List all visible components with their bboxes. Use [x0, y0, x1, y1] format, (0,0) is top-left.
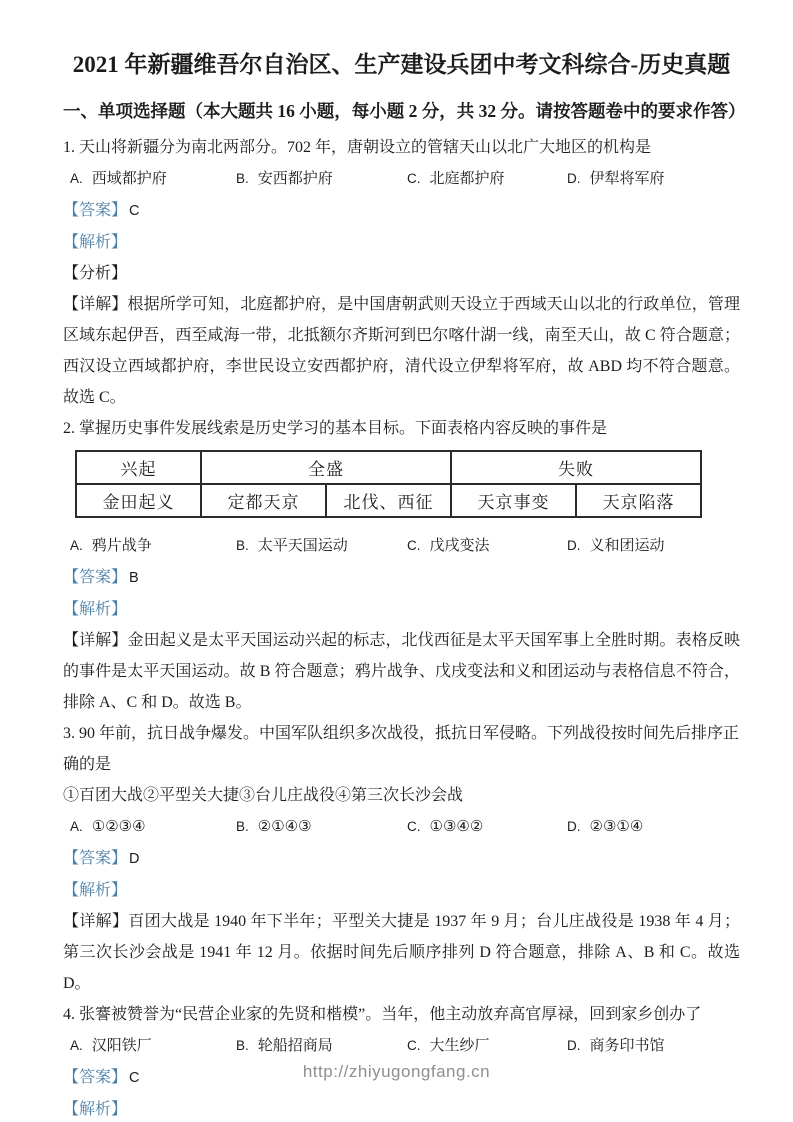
table-cell: 天京事变	[451, 484, 576, 517]
question-1-detail: 【详解】根据所学可知，北庭都护府，是中国唐朝武则天设立于西域天山以北的行政单位，…	[63, 289, 740, 413]
question-2-table: 兴起 全盛 失败 金田起义 定都天京 北伐、西征 天京事变 天京陷落	[75, 450, 702, 518]
question-3-stem-line2: ①百团大战②平型关大捷③台儿庄战役④第三次长沙会战	[63, 780, 740, 811]
option-b: B.太平天国运动	[236, 530, 407, 562]
question-4-options: A.汉阳铁厂 B.轮船招商局 C.大生纱厂 D.商务印书馆	[63, 1030, 740, 1062]
question-3-answer-line: 【答案】D	[63, 843, 740, 875]
detail-text: 金田起义是太平天国运动兴起的标志，北伐西征是太平天国军事上全胜时期。表格反映的事…	[63, 632, 740, 711]
question-4-stem: 4. 张謇被赞誉为“民营企业家的先贤和楷模”。当年，他主动放弃高官厚禄，回到家乡…	[63, 999, 740, 1030]
option-text: 太平天国运动	[258, 538, 348, 554]
option-key: D.	[567, 538, 581, 553]
table-header-cell: 兴起	[76, 451, 201, 484]
option-key: A.	[70, 171, 83, 186]
detail-text: 百团大战是 1940 年下半年；平型关大捷是 1937 年 9 月；台儿庄战役是…	[63, 913, 740, 992]
option-b: B.轮船招商局	[236, 1030, 407, 1062]
option-text: 商务印书馆	[590, 1038, 665, 1054]
option-c: C.大生纱厂	[407, 1030, 567, 1062]
fenxi-label: 【分析】	[63, 265, 127, 282]
option-text: 伊犁将军府	[590, 171, 665, 187]
exam-document: 2021 年新疆维吾尔自治区、生产建设兵团中考文科综合-历史真题 一、单项选择题…	[0, 0, 793, 1122]
table-cell: 天京陷落	[576, 484, 701, 517]
option-key: A.	[70, 538, 83, 553]
option-key: C.	[407, 171, 421, 186]
option-b: B.安西都护府	[236, 163, 407, 195]
option-key: A.	[70, 1038, 83, 1053]
xiangjie-label: 【详解】	[63, 296, 128, 313]
jiexi-label: 【解析】	[63, 882, 127, 899]
footer-url-link[interactable]: http://zhiyugongfang.cn	[303, 1062, 490, 1081]
option-a: A.西域都护府	[70, 163, 236, 195]
question-2-options: A.鸦片战争 B.太平天国运动 C.戊戌变法 D.义和团运动	[63, 530, 740, 562]
option-key: C.	[407, 538, 421, 553]
option-key: D.	[567, 171, 581, 186]
question-1-stem: 1. 天山将新疆分为南北两部分。702 年，唐朝设立的管辖天山以北广大地区的机构…	[63, 132, 740, 163]
option-text: 北庭都护府	[430, 171, 505, 187]
option-key: D.	[567, 819, 581, 834]
xiangjie-label: 【详解】	[63, 913, 128, 930]
page-title: 2021 年新疆维吾尔自治区、生产建设兵团中考文科综合-历史真题	[63, 48, 740, 82]
option-d: D.伊犁将军府	[567, 163, 740, 195]
jiexi-label: 【解析】	[63, 234, 127, 251]
option-text: 鸦片战争	[92, 538, 152, 554]
option-b: B.②①④③	[236, 811, 407, 843]
table-cell: 金田起义	[76, 484, 201, 517]
table-header-row: 兴起 全盛 失败	[76, 451, 701, 484]
question-2-answer-line: 【答案】B	[63, 562, 740, 594]
option-a: A.汉阳铁厂	[70, 1030, 236, 1062]
question-3-detail: 【详解】百团大战是 1940 年下半年；平型关大捷是 1937 年 9 月；台儿…	[63, 906, 740, 999]
option-d: D.商务印书馆	[567, 1030, 740, 1062]
option-text: 戊戌变法	[430, 538, 490, 554]
option-key: A.	[70, 819, 83, 834]
table-cell: 北伐、西征	[326, 484, 451, 517]
question-2-jiexi-line: 【解析】	[63, 594, 740, 625]
table-header-cell: 全盛	[201, 451, 451, 484]
question-2-detail: 【详解】金田起义是太平天国运动兴起的标志，北伐西征是太平天国军事上全胜时期。表格…	[63, 625, 740, 718]
option-c: C.①③④②	[407, 811, 567, 843]
question-1-jiexi-line: 【解析】	[63, 227, 740, 258]
answer-label: 【答案】	[63, 569, 127, 586]
table-data-row: 金田起义 定都天京 北伐、西征 天京事变 天京陷落	[76, 484, 701, 517]
question-1-fenxi-line: 【分析】	[63, 258, 740, 289]
option-text: 大生纱厂	[430, 1038, 490, 1054]
question-1-options: A.西域都护府 B.安西都护府 C.北庭都护府 D.伊犁将军府	[63, 163, 740, 195]
option-key: C.	[407, 1038, 421, 1053]
option-a: A.①②③④	[70, 811, 236, 843]
option-d: D.义和团运动	[567, 530, 740, 562]
table-cell: 定都天京	[201, 484, 326, 517]
answer-value: D	[129, 851, 139, 867]
option-text: ①③④②	[430, 819, 484, 835]
footer: http://zhiyugongfang.cn	[0, 1062, 793, 1082]
answer-label: 【答案】	[63, 850, 127, 867]
option-key: C.	[407, 819, 421, 834]
option-key: B.	[236, 538, 249, 553]
xiangjie-label: 【详解】	[63, 632, 128, 649]
option-c: C.北庭都护府	[407, 163, 567, 195]
option-key: B.	[236, 1038, 249, 1053]
jiexi-label: 【解析】	[63, 601, 127, 618]
question-3-jiexi-line: 【解析】	[63, 875, 740, 906]
question-4-jiexi-line: 【解析】	[63, 1094, 740, 1122]
detail-text: 根据所学可知，北庭都护府，是中国唐朝武则天设立于西域天山以北的行政单位，管理区域…	[63, 296, 740, 406]
option-a: A.鸦片战争	[70, 530, 236, 562]
option-text: 轮船招商局	[258, 1038, 333, 1054]
answer-value: B	[129, 570, 139, 586]
question-3-stem: 3. 90 年前，抗日战争爆发。中国军队组织多次战役，抵抗日军侵略。下列战役按时…	[63, 718, 740, 780]
option-key: D.	[567, 1038, 581, 1053]
table-header-cell: 失败	[451, 451, 701, 484]
option-c: C.戊戌变法	[407, 530, 567, 562]
option-d: D.②③①④	[567, 811, 740, 843]
option-text: 汉阳铁厂	[92, 1038, 152, 1054]
question-2-stem: 2. 掌握历史事件发展线索是历史学习的基本目标。下面表格内容反映的事件是	[63, 413, 740, 444]
question-1-answer-line: 【答案】C	[63, 195, 740, 227]
question-3-options: A.①②③④ B.②①④③ C.①③④② D.②③①④	[63, 811, 740, 843]
section-heading: 一、单项选择题（本大题共 16 小题，每小题 2 分，共 32 分。请按答题卷中…	[63, 96, 740, 126]
option-text: ①②③④	[92, 819, 146, 835]
jiexi-label: 【解析】	[63, 1101, 127, 1118]
option-key: B.	[236, 819, 249, 834]
option-text: ②③①④	[590, 819, 644, 835]
answer-label: 【答案】	[63, 202, 127, 219]
option-text: ②①④③	[258, 819, 312, 835]
answer-value: C	[129, 203, 139, 219]
option-text: 义和团运动	[590, 538, 665, 554]
option-text: 西域都护府	[92, 171, 167, 187]
option-key: B.	[236, 171, 249, 186]
option-text: 安西都护府	[258, 171, 333, 187]
